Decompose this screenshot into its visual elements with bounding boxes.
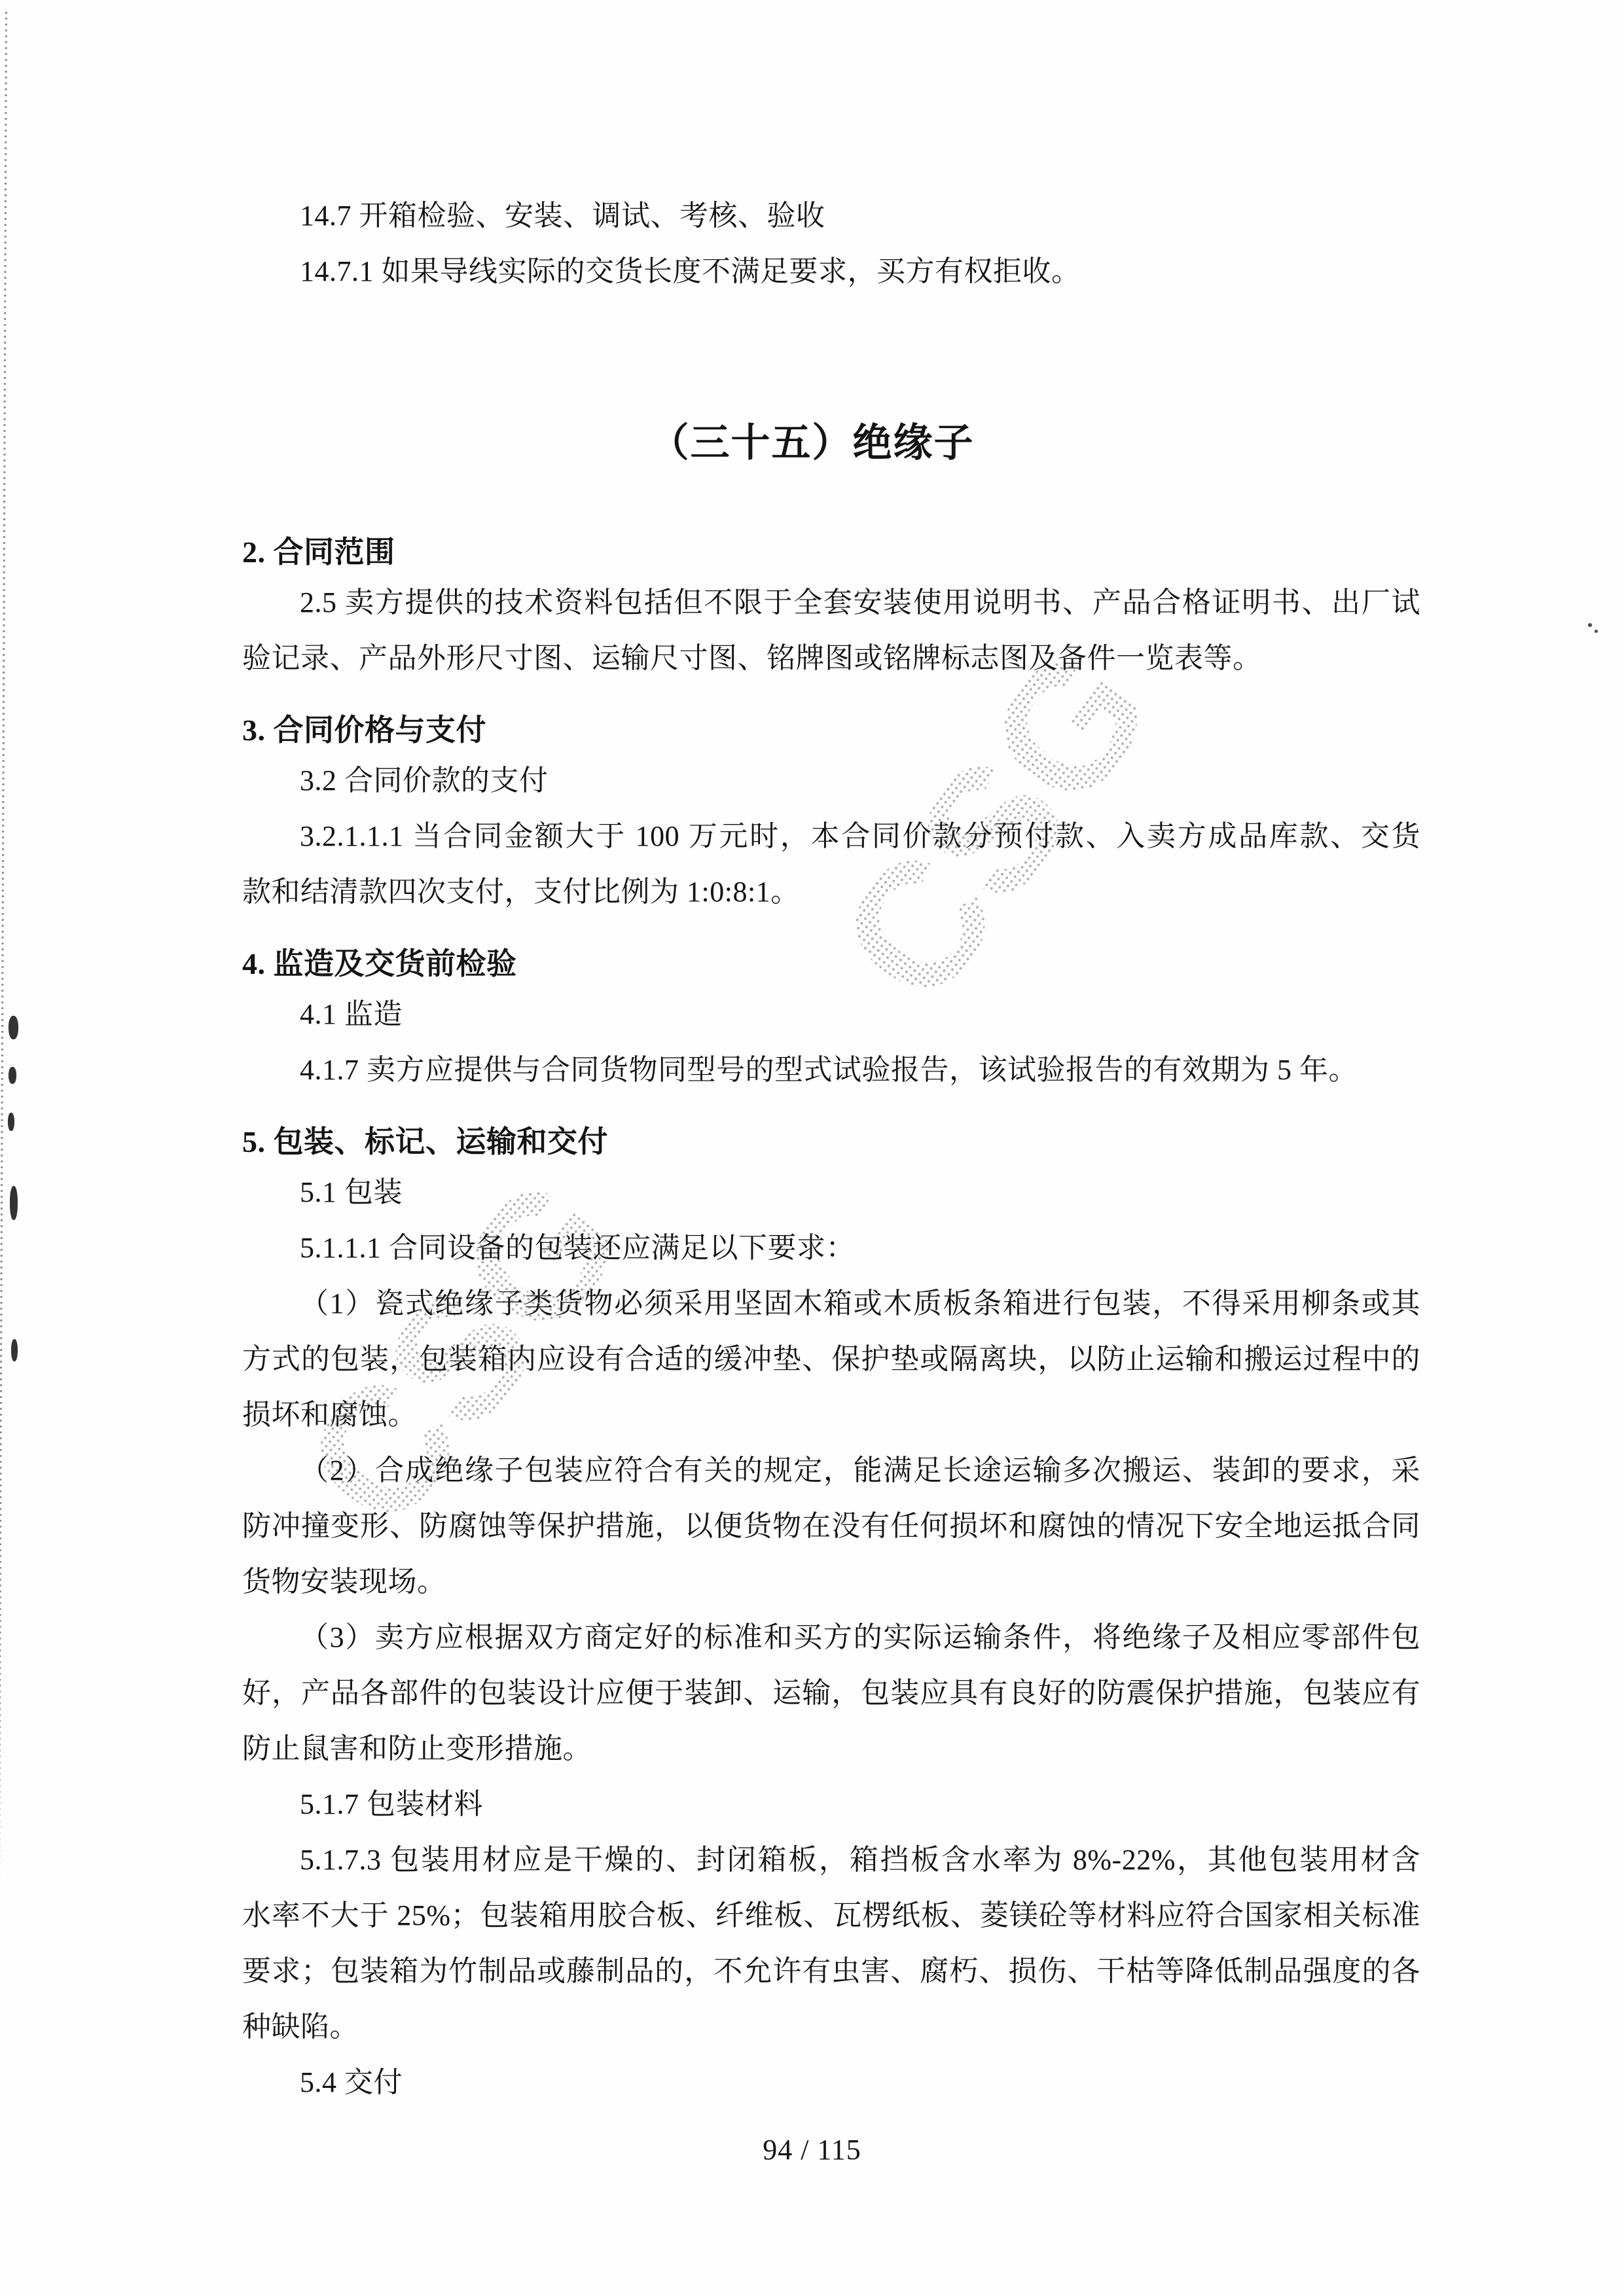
text-line: 水率不大于 25%；包装箱用胶合板、纤维板、瓦楞纸板、菱镁砼等材料应符合国家相关…: [242, 1888, 1420, 1943]
document-content: 14.7 开箱检验、安装、调试、考核、验收14.7.1 如果导线实际的交货长度不…: [242, 0, 1420, 2110]
scan-artifact-blob: [9, 1067, 16, 1084]
scan-artifact-blob: [8, 1113, 14, 1131]
text-line: 4.1.7 卖方应提供与合同货物同型号的型式试验报告，该试验报告的有效期为 5 …: [242, 1042, 1420, 1098]
text-line: 5.1.1.1 合同设备的包装还应满足以下要求：: [242, 1220, 1420, 1276]
text-line: 2.5 卖方提供的技术资料包括但不限于全套安装使用说明书、产品合格证明书、出厂试: [242, 575, 1420, 630]
text-line: 货物安装现场。: [242, 1554, 1420, 1609]
text-line: 5.4 交付: [242, 2054, 1420, 2110]
text-line: 要求；包装箱为竹制品或藤制品的，不允许有虫害、腐朽、损伤、干枯等降低制品强度的各: [242, 1943, 1420, 1999]
text-line: 5.1 包装: [242, 1164, 1420, 1220]
text-line: 14.7 开箱检验、安装、调试、考核、验收: [242, 188, 1420, 243]
text-line: （2）合成绝缘子包装应符合有关的规定，能满足长途运输多次搬运、装卸的要求，采取: [242, 1443, 1420, 1498]
document-page: CSG CSG 14.7 开箱检验、安装、调试、考核、验收14.7.1 如果导线…: [0, 0, 1624, 2296]
text-line: 损坏和腐蚀。: [242, 1387, 1420, 1443]
text-line: 防止鼠害和防止变形措施。: [242, 1721, 1420, 1776]
section-heading: 4. 监造及交货前检验: [242, 936, 1420, 992]
section-heading: 3. 合同价格与支付: [242, 702, 1420, 758]
text-line: 14.7.1 如果导线实际的交货长度不满足要求，买方有权拒收。: [242, 243, 1420, 299]
text-line: 好，产品各部件的包装设计应便于装卸、运输，包装应具有良好的防震保护措施，包装应有: [242, 1665, 1420, 1721]
text-line: 种缺陷。: [242, 1999, 1420, 2054]
text-line: （1）瓷式绝缘子类货物必须采用坚固木箱或木质板条箱进行包装，不得采用柳条或其他: [242, 1276, 1420, 1331]
text-line: 款和结清款四次支付，支付比例为 1:0:8:1。: [242, 864, 1420, 920]
page-number: 94 / 115: [0, 2130, 1624, 2170]
text-line: 4.1 监造: [242, 986, 1420, 1042]
text-line: 防冲撞变形、防腐蚀等保护措施，以便货物在没有任何损坏和腐蚀的情况下安全地运抵合同: [242, 1498, 1420, 1554]
scan-artifact-edge-line: [0, 12, 7, 1969]
text-line: 3.2 合同价款的支付: [242, 753, 1420, 808]
text-line: 5.1.7 包装材料: [242, 1776, 1420, 1832]
scan-artifact-speck: [1588, 623, 1592, 627]
text-line: （3）卖方应根据双方商定好的标准和买方的实际运输条件，将绝缘子及相应零部件包装: [242, 1609, 1420, 1665]
text-line: 方式的包装，包装箱内应设有合适的缓冲垫、保护垫或隔离块，以防止运输和搬运过程中的: [242, 1331, 1420, 1387]
scan-artifact-blob: [9, 1016, 18, 1039]
chapter-title: （三十五）绝缘子: [0, 414, 1624, 473]
text-line: 5.1.7.3 包装用材应是干燥的、封闭箱板，箱挡板含水率为 8%-22%，其他…: [242, 1832, 1420, 1888]
scan-artifact-blob: [10, 1186, 18, 1220]
text-line: 3.2.1.1.1 当合同金额大于 100 万元时，本合同价款分预付款、入卖方成…: [242, 808, 1420, 864]
section-heading: 5. 包装、标记、运输和交付: [242, 1114, 1420, 1170]
text-line: 验记录、产品外形尺寸图、运输尺寸图、铭牌图或铭牌标志图及备件一览表等。: [242, 630, 1420, 686]
scan-artifact-blob: [11, 1339, 18, 1361]
section-heading: 2. 合同范围: [242, 524, 1420, 580]
scan-artifact-speck: [1595, 630, 1598, 633]
